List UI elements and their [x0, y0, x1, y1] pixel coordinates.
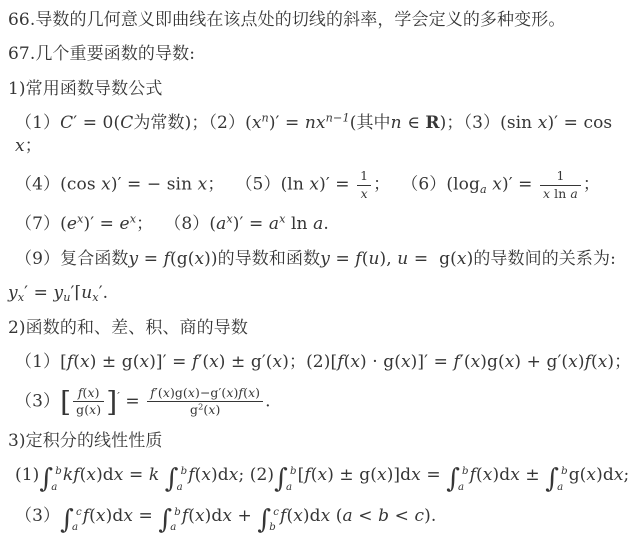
- text-segment: （3）: [15, 391, 60, 411]
- integral: ∫ba: [158, 507, 180, 534]
- integral-upper-limit: b: [561, 467, 568, 477]
- line-sum-product-rules: （1）[f(x) ± g(x)]′ = f′(x) ± g′(x)；(2)[f(…: [8, 351, 634, 373]
- math-segment: a: [216, 214, 226, 234]
- line-formulas-1-3: （1）C′ = 0(C为常数)；（2）(xn)′ = nxn−1(其中n ∈ R…: [8, 112, 634, 157]
- text-segment: 的导数和函数: [218, 249, 321, 269]
- math-segment: x: [195, 506, 205, 526]
- math-segment: 1: [360, 168, 368, 183]
- math-segment: ′(: [198, 352, 209, 372]
- math-segment: x: [86, 465, 96, 485]
- math-segment: y: [129, 249, 139, 269]
- math-segment: (: [311, 465, 318, 485]
- line-section-2-title: 2)函数的和、差、积、商的导数: [8, 317, 634, 339]
- math-segment: ): [215, 402, 220, 417]
- math-segment: (: [591, 352, 598, 372]
- math-segment: x: [411, 465, 421, 485]
- math-segment: ).: [424, 506, 436, 526]
- math-segment: x: [188, 385, 195, 400]
- math-segment: ),: [380, 249, 398, 269]
- text-segment: 66.导数的几何意义即曲线在该点处的切线的斜率，学会定义的多种变形。: [8, 10, 565, 30]
- integral-limits: ba: [170, 507, 181, 534]
- math-segment: )d: [106, 506, 124, 526]
- integral: ∫ba: [446, 466, 468, 493]
- integral-limits: ba: [51, 466, 62, 493]
- integral-limits: ba: [458, 466, 469, 493]
- math-segment: )d: [205, 506, 223, 526]
- text-segment: ；: [289, 352, 306, 372]
- math-segment: ′.: [99, 283, 108, 303]
- math-segment: x: [209, 352, 219, 372]
- line-formula-9-composite: （9）复合函数y = f(g(x))的导数和函数y = f(u), u = g(…: [8, 248, 634, 270]
- text-segment: ；（2）: [191, 113, 245, 133]
- text-segment: 其中: [356, 113, 390, 133]
- math-segment: x: [457, 249, 467, 269]
- math-segment: g(: [76, 402, 89, 417]
- integral: ∫ba: [165, 466, 187, 493]
- fraction-denominator: g2(x): [147, 402, 263, 418]
- math-segment: =: [123, 465, 148, 485]
- math-segment: ): [255, 385, 260, 400]
- math-segment: ): [96, 402, 101, 417]
- math-segment: ) ± g(: [327, 465, 377, 485]
- math-segment: x: [598, 352, 608, 372]
- math-segment: u: [397, 249, 408, 269]
- text-segment: ； （6）: [373, 175, 446, 195]
- line-quotient-rule: （3）[f(x)g(x)]′ = f′(x)g(x)−g′(x)f(x)g2(x…: [8, 386, 634, 418]
- math-segment: b: [378, 506, 389, 526]
- math-segment: ) + g′(: [514, 352, 568, 372]
- math-segment: x: [568, 352, 578, 372]
- math-segment: x: [586, 465, 596, 485]
- math-segment: x: [510, 465, 520, 485]
- math-segment: .: [265, 391, 271, 411]
- math-segment: g: [190, 402, 198, 417]
- math-segment: ′ =: [24, 283, 53, 303]
- math-segment: ln: [286, 214, 314, 234]
- line-item-67: 67.几个重要函数的导数:: [8, 43, 634, 65]
- math-segment: x: [15, 136, 25, 156]
- math-segment: ′(: [460, 352, 471, 372]
- math-segment: )): [204, 249, 217, 269]
- math-segment: x: [505, 352, 515, 372]
- math-segment: (: [89, 506, 96, 526]
- math-segment: ′(: [155, 385, 163, 400]
- math-segment: a: [570, 186, 578, 201]
- math-segment: n: [262, 112, 269, 125]
- math-segment: )′ =: [502, 175, 538, 195]
- integral-upper-limit: b: [174, 508, 181, 518]
- math-segment: (cos: [60, 175, 101, 195]
- integral-lower-limit: a: [72, 523, 82, 533]
- math-segment: x: [377, 465, 387, 485]
- math-segment: )′ = − sin: [111, 175, 198, 195]
- math-segment: x: [80, 352, 90, 372]
- fraction-denominator: x ln a: [540, 186, 581, 202]
- text-segment: 67.几个重要函数的导数:: [8, 44, 195, 64]
- integral-upper-limit: b: [290, 467, 297, 477]
- math-segment: )d: [96, 465, 114, 485]
- line-integral-3: （3）∫caf(x)dx = ∫baf(x)dx + ∫cbf(x)dx (a …: [8, 505, 634, 534]
- math-segment: a: [269, 214, 279, 234]
- integral-limits: ba: [286, 466, 297, 493]
- math-segment: x: [194, 249, 204, 269]
- text-segment: 为常数: [133, 113, 184, 133]
- math-segment: x: [309, 175, 319, 195]
- math-segment: =: [421, 465, 446, 485]
- text-segment: ；: [614, 352, 631, 372]
- math-segment: x: [123, 506, 133, 526]
- math-segment: ]: [106, 385, 117, 418]
- math-segment: y: [53, 283, 63, 303]
- fraction: f′(x)g(x)−g′(x)f(x)g2(x): [147, 386, 263, 418]
- fraction-numerator: 1: [540, 169, 581, 186]
- fraction: f(x)g(x): [73, 386, 104, 418]
- line-item-66: 66.导数的几何意义即曲线在该点处的切线的斜率，学会定义的多种变形。: [8, 9, 634, 31]
- line-section-3-title: 3)定积分的线性性质: [8, 430, 634, 452]
- text-segment: ；: [583, 175, 600, 195]
- math-segment: k: [149, 465, 159, 485]
- integral: ∫ba: [274, 466, 296, 493]
- integral-lower-limit: a: [458, 483, 469, 493]
- math-segment: (ln: [281, 175, 310, 195]
- math-segment: x: [401, 352, 411, 372]
- fraction-numerator: 1: [357, 169, 371, 186]
- math-segment: x: [163, 385, 170, 400]
- text-segment: 的导数间的关系为:: [473, 249, 616, 269]
- math-segment: )d: [596, 465, 614, 485]
- math-segment: y: [320, 249, 330, 269]
- math-segment: <: [389, 506, 414, 526]
- integral-upper-limit: b: [181, 467, 188, 477]
- math-segment: a: [480, 183, 487, 196]
- math-segment: (: [188, 506, 195, 526]
- math-segment: ln: [550, 186, 570, 201]
- integral-limits: cb: [269, 507, 279, 534]
- math-segment: )d: [492, 465, 510, 485]
- math-segment: x: [101, 175, 111, 195]
- integral-lower-limit: a: [51, 483, 62, 493]
- math-segment: )d: [211, 465, 229, 485]
- math-segment: x: [222, 506, 232, 526]
- math-segment: [: [60, 352, 67, 372]
- integral: ∫cb: [257, 507, 279, 534]
- text-segment: ； （5）: [207, 175, 280, 195]
- math-segment: x: [361, 186, 368, 201]
- fraction-numerator: f′(x)g(x)−g′(x)f(x): [147, 386, 263, 403]
- math-segment: (log: [446, 175, 480, 195]
- text-segment: 1)常用函数导数公式: [8, 79, 162, 99]
- math-segment: ′ = 0(: [73, 113, 120, 133]
- fraction: 1x ln a: [540, 169, 581, 201]
- text-segment: ； （8）: [136, 214, 209, 234]
- math-segment: x: [471, 352, 481, 372]
- integral-upper-limit: c: [76, 508, 82, 518]
- math-segment: x: [318, 465, 328, 485]
- text-segment: (2): [250, 465, 274, 485]
- math-segment: u: [81, 283, 92, 303]
- line-formulas-7-8: （7）(ex)′ = ex； （8）(ax)′ = ax ln a.: [8, 213, 634, 235]
- math-segment: x: [321, 506, 331, 526]
- text-segment: （1）: [15, 113, 60, 133]
- integral-lower-limit: a: [286, 483, 297, 493]
- math-segment: )′ =: [269, 113, 305, 133]
- math-segment: )′ =: [83, 214, 119, 234]
- text-segment: （7）: [15, 214, 60, 234]
- integral-lower-limit: a: [170, 523, 181, 533]
- math-segment: ) · g(: [360, 352, 401, 372]
- math-segment: e: [67, 214, 77, 234]
- math-segment: x: [201, 465, 211, 485]
- math-segment: x: [140, 352, 150, 372]
- math-segment: x: [87, 385, 94, 400]
- math-segment: (g(: [170, 249, 194, 269]
- math-segment: x: [538, 113, 548, 133]
- math-segment: .: [323, 214, 329, 234]
- math-segment: =: [120, 391, 145, 411]
- text-segment: ；（3）: [446, 113, 500, 133]
- math-segment: (: [476, 465, 483, 485]
- math-segment: (: [73, 352, 80, 372]
- math-segment: ): [578, 352, 585, 372]
- math-segment: x: [293, 506, 303, 526]
- integral: ∫ba: [39, 466, 61, 493]
- math-segment: ;: [238, 465, 249, 485]
- math-segment: )−g′(: [195, 385, 226, 400]
- math-segment: +: [232, 506, 257, 526]
- math-segment: = g(: [408, 249, 457, 269]
- math-segment: a: [343, 506, 353, 526]
- line-section-1-title: 1)常用函数导数公式: [8, 78, 634, 100]
- fraction-denominator: g(x): [73, 402, 104, 418]
- math-segment: =: [330, 249, 355, 269]
- math-segment: (: [245, 113, 252, 133]
- math-segment: c: [414, 506, 424, 526]
- math-segment: x: [198, 175, 208, 195]
- math-segment: e: [120, 214, 130, 234]
- math-segment: n: [391, 113, 402, 133]
- integral-limits: ba: [557, 466, 568, 493]
- math-segment: ±: [520, 465, 545, 485]
- integral-lower-limit: b: [269, 523, 279, 533]
- integral-limits: ba: [177, 466, 188, 493]
- math-segment: ): [282, 352, 289, 372]
- integral-upper-limit: c: [273, 508, 279, 518]
- math-segment: )]′ =: [149, 352, 192, 372]
- integral-lower-limit: a: [177, 483, 188, 493]
- integral-upper-limit: b: [55, 467, 62, 477]
- math-segment: ∈: [402, 113, 426, 133]
- text-segment: 3)定积分的线性性质: [8, 431, 162, 451]
- fraction-denominator: x: [357, 186, 371, 202]
- text-segment: ；: [25, 136, 42, 156]
- text-segment: （4）: [15, 175, 60, 195]
- math-segment: x: [273, 352, 283, 372]
- math-segment: ): [95, 385, 100, 400]
- math-segment: )′ =: [233, 214, 269, 234]
- math-segment: =: [133, 506, 158, 526]
- fraction: 1x: [357, 169, 371, 201]
- math-segment: g(: [569, 465, 587, 485]
- integral-limits: ca: [72, 507, 82, 534]
- math-segment: )g(: [480, 352, 504, 372]
- text-segment: 2)函数的和、差、积、商的导数: [8, 318, 248, 338]
- text-segment: （9）复合函数: [15, 249, 129, 269]
- text-segment: （1）: [15, 352, 60, 372]
- math-segment: ) ± g′(: [219, 352, 273, 372]
- math-segment: u: [368, 249, 379, 269]
- math-segment: x: [96, 506, 106, 526]
- math-segment: ′⌈: [71, 283, 82, 303]
- math-segment: ) ± g(: [90, 352, 140, 372]
- text-segment: （3）: [15, 506, 60, 526]
- math-segment: [: [60, 385, 71, 418]
- math-segment: (: [330, 506, 342, 526]
- integral: ∫ca: [60, 507, 82, 534]
- math-segment: x: [229, 465, 239, 485]
- math-segment: x: [487, 175, 502, 195]
- math-segment: =: [138, 249, 163, 269]
- math-segment: y: [8, 283, 18, 303]
- math-segment: )g(: [170, 385, 188, 400]
- line-chain-rule: yx′ = yu′⌈ux′.: [8, 282, 634, 304]
- math-segment: (sin: [500, 113, 538, 133]
- text-segment: (1): [15, 465, 39, 485]
- math-segment: )d: [303, 506, 321, 526]
- math-segment: C: [60, 113, 73, 133]
- text-segment: (2): [306, 352, 330, 372]
- math-segment: (: [60, 214, 67, 234]
- integral-lower-limit: a: [557, 483, 568, 493]
- math-segment: )′ =: [319, 175, 355, 195]
- math-segment: u: [63, 291, 70, 304]
- math-segment: 1: [556, 168, 564, 183]
- math-notes-document: 66.导数的几何意义即曲线在该点处的切线的斜率，学会定义的多种变形。67.几个重…: [0, 0, 640, 533]
- math-segment: ;: [624, 465, 630, 485]
- integral-upper-limit: b: [462, 467, 469, 477]
- integral: ∫ba: [545, 466, 567, 493]
- math-segment: )]′ =: [411, 352, 454, 372]
- fraction-numerator: f(x): [73, 386, 104, 403]
- math-segment: x: [252, 113, 262, 133]
- math-segment: n−1: [326, 112, 350, 125]
- math-segment: nx: [305, 113, 326, 133]
- math-segment: )]d: [387, 465, 411, 485]
- math-segment: kf: [63, 465, 80, 485]
- line-integral-1-2: (1)∫bakf(x)dx = k ∫baf(x)dx; (2)∫ba[f(x)…: [8, 464, 634, 493]
- math-segment: x: [614, 465, 624, 485]
- line-formulas-4-6: （4）(cos x)′ = − sin x； （5）(ln x)′ = 1x； …: [8, 169, 634, 201]
- math-segment: C: [120, 113, 133, 133]
- math-segment: R: [425, 113, 439, 133]
- math-segment: a: [313, 214, 323, 234]
- math-segment: )′ = cos: [547, 113, 617, 133]
- math-segment: x: [350, 352, 360, 372]
- math-segment: <: [353, 506, 378, 526]
